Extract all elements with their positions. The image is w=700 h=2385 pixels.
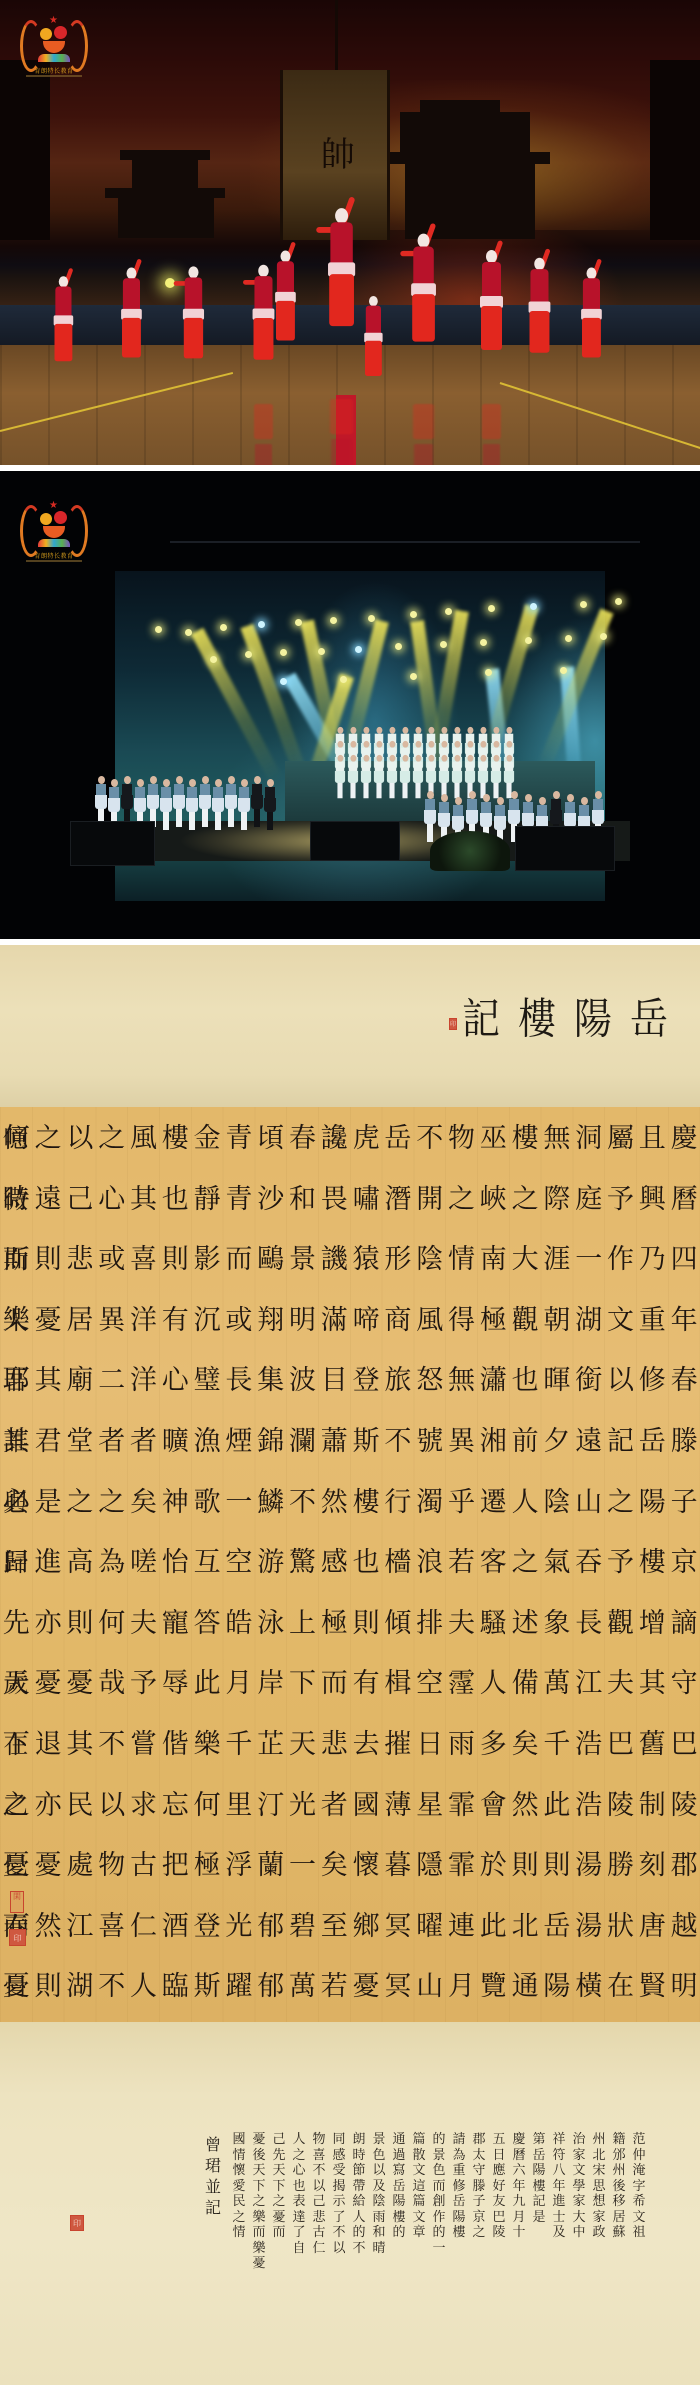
banner-pole [335,0,338,80]
stage-lamp-icon [355,646,362,653]
calligraphy-char: 辱 [159,1654,191,1715]
inscription-char: 篇 [412,2194,425,2210]
calligraphy-char: 游 [255,1533,287,1594]
inscription-char: 示 [332,2194,345,2210]
calligraphy-char: 空 [414,1654,446,1715]
laurel-wreath-icon [66,505,88,557]
inscription-char: 樓 [392,2210,405,2226]
inscription-char: 思 [592,2179,605,2195]
stage-monitor-speaker [70,821,155,866]
calligraphy-char: 湘 [477,1412,509,1473]
calligraphy-char: 有 [159,1291,191,1352]
inscription-char: 巴 [492,2210,505,2226]
inscription-char: 重 [452,2163,465,2179]
calligraphy-char: 是 [32,1473,64,1534]
calligraphy-char: 則 [509,1836,541,1897]
calligraphy-char: 之 [96,1109,128,1170]
choir-singer [492,755,501,799]
calligraphy-char: 屬 [605,1109,637,1170]
inscription-char: 而 [432,2179,445,2195]
stage-lamp-icon [245,651,252,658]
calligraphy-char: 夫 [605,1654,637,1715]
inscription-column: 國情懷愛民之情 [228,2132,250,2241]
calligraphy-char: 浮 [223,1836,255,1897]
calligraphy-char: 守 [668,1654,700,1715]
calligraphy-char: 制 [636,1776,668,1837]
calligraphy-char: 君 [32,1412,64,1473]
inscription-char: 一 [432,2241,445,2257]
inscription-char: 范 [632,2132,645,2148]
calligraphy-char: 不 [414,1109,446,1170]
tower-body [405,164,535,239]
calligraphy-char: 不 [96,1957,128,2018]
calligraphy-char: 南 [477,1230,509,1291]
calligraphy-char: 國 [350,1776,382,1837]
calligraphy-char: 頃 [255,1109,287,1170]
inscription-char: 記 [532,2194,545,2210]
calligraphy-char: 驚 [287,1533,319,1594]
dancer-reflection [251,396,274,465]
inscription-char: 州 [592,2132,605,2148]
calligraphy-char: 嘗 [128,1715,160,1776]
inscription-char: 和 [372,2225,385,2241]
calligraphy-char: 人 [0,1291,32,1352]
stage-lamp-icon [185,629,192,636]
calligraphy-char: 之 [605,1473,637,1534]
child-figure-icon [54,511,67,524]
dancer [363,296,384,384]
logo-subtext-line [26,75,82,77]
calligraphy-char: 歲 [0,1654,32,1715]
calligraphy-char: 皓 [223,1594,255,1655]
calligraphy-char: 心 [159,1351,191,1412]
inscription-column: 的景色而創作的一 [428,2132,450,2256]
inscription-char: 之 [252,2194,265,2210]
calligraphy-char: 狀 [605,1897,637,1958]
stage-lamp-icon [565,635,572,642]
calligraphy-char: 沉 [191,1291,223,1352]
inscription-char: 籍 [612,2132,625,2148]
calligraphy-char: 涯 [541,1230,573,1291]
calligraphy-char: 江 [573,1654,605,1715]
calligraphy-char: 且 [636,1109,668,1170]
calligraphy-char: 則 [64,1594,96,1655]
choir-singer [401,755,410,799]
dancer-reflection [327,391,356,465]
calligraphy-column: 無際涯朝暉夕陰氣象萬千此則岳陽 [541,1109,573,2018]
inscription-char: 也 [292,2179,305,2195]
calligraphy-char: 明 [668,1957,700,2018]
inscription-char: 六 [512,2163,525,2179]
calligraphy-char: 一 [287,1836,319,1897]
calligraphy-char: 薄 [382,1776,414,1837]
inscription-char: 天 [272,2163,285,2179]
choir-singer [453,755,462,799]
calligraphy-char: 鱗 [255,1473,287,1534]
stage-lamp-icon [318,648,325,655]
calligraphy-char: 之 [509,1533,541,1594]
star-icon: ★ [49,501,58,511]
calligraphy-char: 遠 [573,1412,605,1473]
inscription-char: 己 [312,2194,325,2210]
calligraphy-char: 青 [223,1170,255,1231]
tower-body [132,160,198,190]
inscription-char: 陽 [452,2210,465,2226]
calligraphy-char: 翔 [255,1291,287,1352]
calligraphy-char: 斯 [350,1412,382,1473]
calligraphy-char: 然 [509,1776,541,1837]
choir-singer [388,755,397,799]
inscription-char: 家 [572,2194,585,2210]
inscription-char: 這 [412,2179,425,2195]
calligraphy-char: 前 [509,1412,541,1473]
stage-monitor-speaker [310,821,400,861]
calligraphy-char: 空 [223,1533,255,1594]
calligraphy-char: 月 [446,1957,478,2018]
calligraphy-char: 不 [287,1473,319,1534]
calligraphy-char: 陽 [541,1957,573,2018]
calligraphy-char: 譏 [318,1230,350,1291]
calligraphy-char: 巴 [605,1715,637,1776]
body-red-seal: 閑 [10,1891,24,1913]
calligraphy-char: 予 [605,1533,637,1594]
calligraphy-char: 於 [477,1836,509,1897]
inscription-char: 樓 [452,2225,465,2241]
calligraphy-char: 山 [414,1957,446,2018]
inscription-char: 希 [632,2194,645,2210]
inscription-char: 北 [592,2148,605,2164]
inscription-char: 治 [572,2132,585,2148]
signature-char: 曾 [205,2134,221,2155]
inscription-char: 郡 [472,2132,485,2148]
inscription-char: 想 [592,2194,605,2210]
calligraphy-char: 湯 [573,1897,605,1958]
inscription-char: 陽 [392,2194,405,2210]
calligraphy-char: 樂 [191,1715,223,1776]
calligraphy-char: 有 [350,1654,382,1715]
choir-singer [213,779,223,831]
calligraphy-column: 之心或異二者之為何哉不以物喜不 [96,1109,128,2018]
calligraphy-char: 在 [605,1957,637,2018]
inscription-char: 帶 [352,2179,365,2195]
inscription-char: 表 [292,2194,305,2210]
stage-lamp-icon [340,676,347,683]
inscription-char: 憂 [252,2132,265,2148]
calligraphy-char: 京 [668,1533,700,1594]
calligraphy-char: 漁 [191,1412,223,1473]
calligraphy-title-area: 岳 陽 樓 記 印 [0,945,700,1107]
calligraphy-char: 異 [96,1291,128,1352]
stage-plant [430,831,510,871]
inscription-char: 作 [432,2210,445,2226]
stage-lamp-icon [280,649,287,656]
stage-lamp-icon [580,601,587,608]
calligraphy-char: 氣 [541,1533,573,1594]
calligraphy-char: 璧 [191,1351,223,1412]
inscription-char: 祥 [552,2132,565,2148]
inscription-char: 岳 [532,2148,545,2164]
calligraphy-char: 濁 [414,1473,446,1534]
inscription-char: 家 [592,2210,605,2226]
calligraphy-char: 隱 [414,1836,446,1897]
calligraphy-char: 文 [605,1291,637,1352]
inscription-char: 樓 [532,2179,545,2195]
choir-singer [265,779,275,831]
calligraphy-char: 岳 [636,1412,668,1473]
calligraphy-char: 而 [318,1654,350,1715]
stage-lamp-icon [485,669,492,676]
calligraphy-char: 謫 [668,1594,700,1655]
inscription-char: 寫 [392,2163,405,2179]
inscription-char: 之 [292,2148,305,2164]
calligraphy-char: 煙 [223,1412,255,1473]
inscription-char: 己 [272,2132,285,2148]
calligraphy-char: 傾 [382,1594,414,1655]
calligraphy-char: 霪 [446,1654,478,1715]
inscription-char: 過 [392,2148,405,2164]
calligraphy-char: 會 [477,1776,509,1837]
calligraphy-char: 千 [223,1715,255,1776]
calligraphy-char: 斯 [191,1957,223,2018]
calligraphy-char: 天 [287,1715,319,1776]
inscription-char: 之 [272,2194,285,2210]
calligraphy-char: 洋 [128,1351,160,1412]
lighting-truss [170,541,640,543]
inscription-char: 應 [492,2163,505,2179]
calligraphy-char: 檣 [382,1533,414,1594]
inscription-char: 而 [252,2225,265,2241]
calligraphy-char: 巴 [668,1715,700,1776]
calligraphy-char: 陰 [541,1473,573,1534]
inscription-char: 後 [252,2148,265,2164]
inscription-char: 下 [252,2179,265,2195]
calligraphy-char: 霏 [446,1776,478,1837]
calligraphy-char: 千 [541,1715,573,1776]
calligraphy-column: 讒畏譏滿目蕭然感極而悲者矣至若 [318,1109,350,2018]
inscription-char: 為 [452,2148,465,2164]
calligraphy-char: 滿 [318,1291,350,1352]
inscription-char: 文 [412,2210,425,2226]
calligraphy-char: 怒 [414,1351,446,1412]
calligraphy-char: 矣 [128,1473,160,1534]
stage-lamp-icon [445,608,452,615]
tower-roof [390,152,550,164]
inscription-char: 通 [392,2132,405,2148]
calligraphy-char: 風 [128,1109,160,1170]
inscription-column: 憂後天下之樂而樂憂 [248,2132,270,2272]
calligraphy-char: 堂 [64,1412,96,1473]
inscription-column: 祥符八年進士及 [548,2132,570,2241]
calligraphy-char: 人 [477,1654,509,1715]
inscription-char: 中 [572,2225,585,2241]
calligraphy-char: 予 [605,1170,637,1231]
inscription-column: 慶曆六年九月十 [508,2132,530,2241]
tower-roof [420,100,500,112]
calligraphy-char: 浪 [414,1533,446,1594]
calligraphy-char: 則 [159,1230,191,1291]
stage-lamp-icon [600,633,607,640]
stage-monitor-speaker [515,826,615,871]
calligraphy-char: 夫 [446,1594,478,1655]
tower-body [118,198,214,238]
child-figure-icon [40,513,52,525]
inscription-char: 進 [552,2194,565,2210]
calligraphy-char: 而 [223,1230,255,1291]
school-logo: ★ 育朗特长教育 [18,14,90,86]
inscription-char: 政 [592,2225,605,2241]
calligraphy-char: 覽 [477,1957,509,2018]
calligraphy-char: 廟 [64,1351,96,1412]
inscription-char: 感 [332,2148,345,2164]
calligraphy-char: 憂 [32,1836,64,1897]
calligraphy-char: 斯 [0,1230,32,1291]
choir-singer [479,755,488,799]
inscription-char: 時 [352,2148,365,2164]
calligraphy-char: 矣 [509,1715,541,1776]
calligraphy-char: 瀟 [477,1351,509,1412]
choir-singer [375,755,384,799]
calligraphy-char: 嘯 [350,1170,382,1231]
calligraphy-column: 屬予作文以記之予觀夫巴陵勝狀在 [605,1109,637,2018]
calligraphy-char: 慶 [668,1109,700,1170]
calligraphy-char: 汀 [255,1776,287,1837]
calligraphy-char: 情 [446,1230,478,1291]
calligraphy-char: 亦 [32,1594,64,1655]
calligraphy-char: 重 [636,1291,668,1352]
calligraphy-char: 歸 [0,1533,32,1594]
inscription-char: 十 [512,2225,525,2241]
calligraphy-char: 目 [318,1351,350,1412]
calligraphy-column: 巫峽南極瀟湘遷客騷人多會於此覽 [477,1109,509,2018]
calligraphy-char: 增 [636,1594,668,1655]
laurel-wreath-icon [66,20,88,72]
inscription-column: 范仲淹字希文祖 [628,2132,650,2241]
calligraphy-char: 陰 [414,1230,446,1291]
calligraphy-char: 感 [318,1533,350,1594]
inscription-column: 通過寫岳陽樓的 [388,2132,410,2241]
dancer [273,251,296,350]
inscription-char: 晴 [372,2241,385,2257]
inscription-char: 懷 [232,2163,245,2179]
calligraphy-char: 沙 [255,1170,287,1231]
stage-lamp-icon [530,603,537,610]
calligraphy-char: 民 [64,1776,96,1837]
calligraphy-char: 連 [446,1897,478,1958]
calligraphy-char: 酒 [159,1897,191,1958]
stage-lamp-icon [280,678,287,685]
calligraphy-char: 登 [191,1897,223,1958]
inscription-char: 情 [232,2225,245,2241]
calligraphy-char: 之 [32,1109,64,1170]
calligraphy-char: 與 [0,1473,32,1534]
inscription-char: 家 [572,2148,585,2164]
inscription-red-seal: 印 [70,2215,84,2231]
dancer [52,276,74,370]
calligraphy-char: 或 [96,1230,128,1291]
inscription-char: 宋 [592,2163,605,2179]
inscription-char: 色 [372,2148,385,2164]
inscription-char: 邠 [612,2148,625,2164]
calligraphy-char: 子 [668,1473,700,1534]
calligraphy-char: 互 [191,1533,223,1594]
calligraphy-char: 洋 [128,1291,160,1352]
calligraphy-char: 之 [509,1170,541,1231]
calligraphy-char: 吾 [0,1351,32,1412]
inscription-char: 自 [292,2241,305,2257]
calligraphy-char: 鷗 [255,1230,287,1291]
calligraphy-char: 暉 [541,1351,573,1412]
inscription-char: 下 [272,2179,285,2195]
calligraphy-char: 上 [287,1594,319,1655]
calligraphy-char: 何 [96,1594,128,1655]
inscription-char: 不 [352,2241,365,2257]
inscription-char: 篇 [412,2132,425,2148]
inscription-char: 仁 [312,2241,325,2257]
inscription-char: 的 [392,2225,405,2241]
inscription-char: 給 [352,2194,365,2210]
calligraphy-char: 象 [541,1594,573,1655]
calligraphy-char: 北 [509,1897,541,1958]
inscription-char: 之 [472,2225,485,2241]
calligraphy-char: 銜 [573,1351,605,1412]
calligraphy-char: 其 [32,1351,64,1412]
calligraphy-char: 泳 [255,1594,287,1655]
star-icon: ★ [49,16,58,26]
inscription-char: 是 [532,2210,545,2226]
inscription-column: 篇散文這篇文章 [408,2132,430,2241]
calligraphy-char: 忘 [159,1776,191,1837]
inscription-char: 悲 [312,2210,325,2226]
dancer [409,234,437,353]
inscription-char: 及 [372,2179,385,2195]
calligraphy-char: 憂 [32,1291,64,1352]
signature-char: 記 [205,2197,221,2218]
inscription-char: 了 [332,2210,345,2226]
inscription-char: 愛 [232,2179,245,2195]
inscription-char: 的 [432,2225,445,2241]
calligraphy-char: 暮 [382,1836,414,1897]
title-char: 岳 [628,994,672,1043]
calligraphy-char: 哉 [96,1654,128,1715]
calligraphy-column: 不開陰風怒號濁浪排空日星隱曜山 [414,1109,446,2018]
calligraphy-char: 乙 [0,1776,32,1837]
calligraphy-char: 萬 [541,1654,573,1715]
inscription-char: 雨 [372,2210,385,2226]
calligraphy-char: 何 [191,1776,223,1837]
calligraphy-char: 排 [414,1594,446,1655]
calligraphy-char: 萬 [287,1957,319,2018]
stage-lamp-icon [330,617,337,624]
calligraphy-char: 碧 [287,1897,319,1958]
calligraphy-char: 舊 [636,1715,668,1776]
inscription-char: 後 [612,2179,625,2195]
calligraphy-char: 光 [287,1776,319,1837]
calligraphy-char: 春 [287,1109,319,1170]
inscription-char: 的 [432,2132,445,2148]
stage-lamp-icon [525,637,532,644]
calligraphy-char: 求 [128,1776,160,1837]
calligraphy-char: 嗟 [128,1533,160,1594]
calligraphy-char: 臨 [159,1957,191,2018]
dancer [251,265,276,370]
inscription-char: 以 [372,2163,385,2179]
calligraphy-char: 把 [159,1836,191,1897]
inscription-char: 陽 [532,2163,545,2179]
calligraphy-char: 悲 [318,1715,350,1776]
inscription-char: 散 [412,2148,425,2164]
inscription-char: 岳 [452,2194,465,2210]
calligraphy-char: 以 [64,1109,96,1170]
